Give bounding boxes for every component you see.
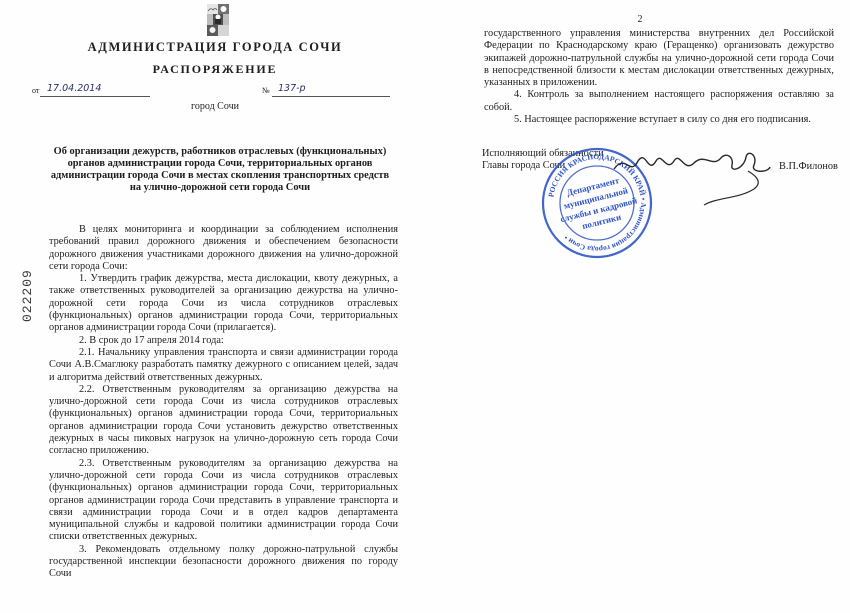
date-underline xyxy=(40,96,150,97)
number-prefix: № xyxy=(262,86,270,95)
document-page-2: 2 государственного управления министерст… xyxy=(430,0,850,613)
handwritten-number: 137-р xyxy=(278,83,306,94)
organization-title: АДМИНИСТРАЦИЯ ГОРОДА СОЧИ xyxy=(0,40,430,55)
paragraph-5: 5. Настоящее распоряжение вступает в сил… xyxy=(484,114,834,126)
date-field: от 17.04.2014 xyxy=(32,86,39,95)
date-prefix: от xyxy=(32,86,39,95)
document-subject: Об организации дежурств, работников отра… xyxy=(50,146,390,194)
document-type-heading: РАСПОРЯЖЕНИЕ xyxy=(0,62,430,77)
city-label: город Сочи xyxy=(0,101,430,112)
body-text-continued: государственного управления министерства… xyxy=(484,28,834,126)
handwritten-signature-icon xyxy=(608,147,778,207)
paragraph-2-1: 2.1. Начальнику управления транспорта и … xyxy=(49,347,398,384)
body-text: В целях мониторинга и координации за соб… xyxy=(49,224,398,581)
page-number: 2 xyxy=(430,14,850,25)
handwritten-date: 17.04.2014 xyxy=(47,83,101,94)
number-underline xyxy=(272,96,390,97)
document-page-1: АДМИНИСТРАЦИЯ ГОРОДА СОЧИ РАСПОРЯЖЕНИЕ о… xyxy=(0,0,430,613)
paragraph-2-3: 2.3. Ответственным руководителям за орга… xyxy=(49,458,398,544)
paragraph-2-2: 2.2. Ответственным руководителям за орга… xyxy=(49,384,398,458)
paragraph-preamble: В целях мониторинга и координации за соб… xyxy=(49,224,398,273)
number-field: № 137-р xyxy=(262,86,270,95)
paragraph-3: 3. Рекомендовать отдельному полку дорожн… xyxy=(49,544,398,581)
paragraph-1: 1. Утвердить график дежурства, места дис… xyxy=(49,273,398,334)
paragraph-4: 4. Контроль за выполнением настоящего ра… xyxy=(484,89,834,114)
paragraph-3-continued: государственного управления министерства… xyxy=(484,28,834,89)
paragraph-2: 2. В срок до 17 апреля 2014 года: xyxy=(49,335,398,347)
signatory-name: В.П.Филонов xyxy=(779,161,838,172)
registration-number: 022209 xyxy=(20,262,38,322)
sochi-coat-of-arms-icon xyxy=(201,3,235,39)
